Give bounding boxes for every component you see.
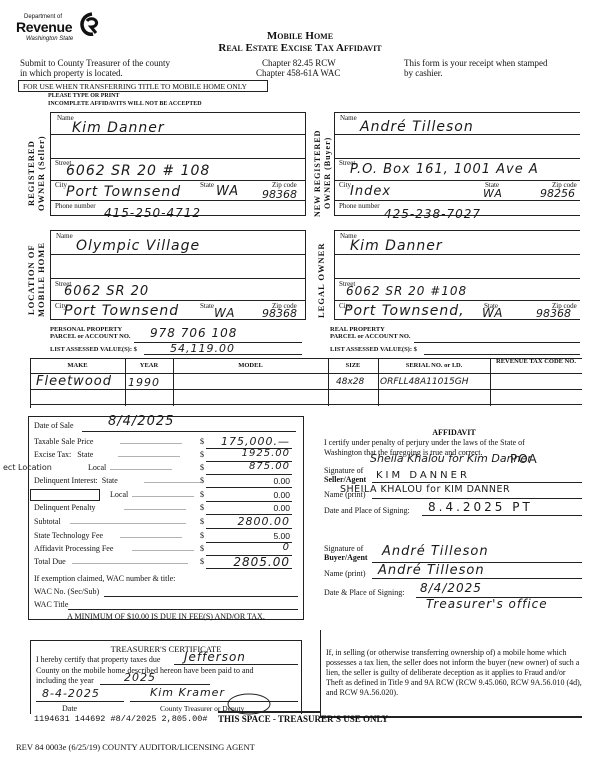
- treasurer-county-field[interactable]: Jefferson: [184, 650, 246, 664]
- treasurer-year-field[interactable]: 2025: [124, 671, 156, 684]
- personal-assessed-label: LIST ASSESSED VALUE(S): $: [50, 346, 137, 353]
- buyer-name-field[interactable]: André Tilleson: [360, 119, 474, 135]
- personal-assessed-field[interactable]: 54,119.00: [170, 342, 235, 355]
- buyer-street-field[interactable]: P.O. Box 161, 1001 Ave A: [350, 162, 539, 177]
- legal-owner-street-field[interactable]: 6062 SR 20 #108: [346, 284, 467, 298]
- treasurer-date-field[interactable]: 8-4-2025: [42, 687, 100, 700]
- seller-signature-sub: KIM DANNER: [376, 470, 470, 481]
- seller-city-field[interactable]: Port Townsend: [66, 184, 181, 200]
- header-serial: SERIAL NO. or I.D.: [378, 362, 490, 369]
- seller-section-label: REGISTEREDOWNER (Seller): [26, 118, 46, 228]
- seller-date-place-field[interactable]: 8.4.2025 PT: [428, 500, 533, 514]
- header-revenue-tax-code: REVENUE TAX CODE NO.: [494, 358, 578, 365]
- seller-street-field[interactable]: 6062 SR 20 # 108: [66, 163, 210, 179]
- title-transfer-notice: FOR USE WHEN TRANSFERRING TITLE TO MOBIL…: [23, 82, 247, 91]
- buyer-city-field[interactable]: Index: [350, 184, 391, 199]
- buyer-name-print-field[interactable]: André Tilleson: [378, 563, 485, 578]
- buyer-signature-label: Signature ofBuyer/Agent: [324, 544, 368, 562]
- seller-name-field[interactable]: Kim Danner: [72, 120, 165, 136]
- affidavit-fee-field[interactable]: 0: [283, 542, 290, 553]
- real-property-parcel-field[interactable]: [414, 342, 580, 343]
- wac-title-field[interactable]: [68, 609, 298, 610]
- location-section-label: LOCATION OFMOBILE HOME: [26, 230, 46, 330]
- wac-no-label: WAC No. (Sec/Sub): [34, 587, 99, 596]
- treasurer-cert-title: TREASURER'S CERTIFICATE: [30, 644, 302, 654]
- treasurer-date-label: Date: [62, 704, 77, 713]
- subtotal-field[interactable]: 2800.00: [238, 515, 291, 528]
- exemption-label: If exemption claimed, WAC number & title…: [34, 574, 175, 583]
- personal-property-parcel-field[interactable]: 978 706 108: [150, 326, 237, 340]
- buyer-section-label: NEW REGISTEREDOWNER (Buyer): [313, 118, 333, 228]
- tax-lien-notice: If, in selling (or otherwise transferrin…: [326, 648, 582, 698]
- seller-zip-field[interactable]: 98368: [262, 188, 297, 201]
- legal-owner-zip-field[interactable]: 98368: [536, 307, 571, 320]
- chapter-rcw: Chapter 82.45 RCW: [262, 58, 336, 68]
- seller-signature-field[interactable]: Sheila Khalou for Kim Danner: [370, 452, 532, 465]
- seller-phone-field[interactable]: 415-250-4712: [104, 206, 201, 220]
- legal-owner-state-field[interactable]: WA: [482, 306, 503, 320]
- table-cell-size[interactable]: 48x28: [336, 377, 364, 387]
- treasurer-line3: including the year: [36, 676, 94, 685]
- buyer-date-place-label: Date & Place of Signing:: [324, 588, 404, 597]
- affidavit-title: AFFIDAVIT: [324, 428, 584, 437]
- location-street-field[interactable]: 6062 SR 20: [64, 284, 149, 299]
- wac-title-label: WAC Title: [34, 600, 68, 609]
- personal-property-label-1: PERSONAL PROPERTY: [50, 326, 122, 333]
- table-cell-make[interactable]: Fleetwood: [36, 374, 112, 389]
- taxable-sale-price-field[interactable]: 175,000.—: [221, 435, 290, 448]
- state-tech-fee-field[interactable]: 5.00: [273, 531, 290, 541]
- delinquent-penalty-field[interactable]: 0.00: [273, 503, 290, 513]
- seller-state-field[interactable]: WA: [216, 184, 239, 199]
- buyer-phone-label: Phone number: [339, 202, 380, 210]
- table-cell-year[interactable]: 1990: [128, 376, 160, 389]
- location-zip-field[interactable]: 98368: [262, 307, 297, 320]
- legal-owner-name-field[interactable]: Kim Danner: [350, 238, 443, 254]
- excise-state-field[interactable]: 1925.00: [242, 448, 290, 459]
- delinquent-interest-state-row: Delinquent Interest: State .............…: [34, 476, 300, 489]
- seller-state-label: State: [200, 181, 214, 189]
- buyer-state-field[interactable]: WA: [483, 187, 503, 200]
- treasurer-signature-field[interactable]: Kim Kramer: [150, 686, 225, 699]
- delinquent-interest-state-field[interactable]: 0.00: [273, 476, 290, 486]
- seller-signature-label: Signature ofSeller/Agent: [324, 466, 366, 484]
- form-title-line2: Real Estate Excise Tax Affidavit: [0, 42, 600, 54]
- table-cell-serial[interactable]: ORFLL48A11015GH: [380, 377, 469, 387]
- real-assessed-label: LIST ASSESSED VALUE(S): $: [330, 346, 417, 353]
- location-state-field[interactable]: WA: [214, 306, 235, 320]
- buyer-place-field[interactable]: Treasurer's office: [426, 597, 548, 611]
- header-year: YEAR: [125, 362, 173, 369]
- minimum-fee-notice: A MINIMUM OF $10.00 IS DUE IN FEE(S) AND…: [28, 612, 304, 621]
- personal-property-label-2: PARCEL or ACCOUNT NO.: [50, 333, 131, 340]
- real-property-label-1: REAL PROPERTY: [330, 326, 385, 333]
- buyer-name-print-label: Name (print): [324, 569, 366, 578]
- type-or-print-note: PLEASE TYPE OR PRINT: [48, 93, 119, 99]
- seller-date-place-label: Date and Place of Signing:: [324, 506, 410, 515]
- location-city-field[interactable]: Port Townsend: [64, 303, 179, 319]
- buyer-zip-field[interactable]: 98256: [540, 187, 575, 200]
- delinquent-interest-local-row: Local ............................... $ …: [34, 490, 300, 503]
- excise-local-row: Local ............................... $ …: [34, 463, 300, 476]
- header-size: SIZE: [328, 362, 378, 369]
- date-of-sale-field[interactable]: 8/4/2025: [108, 414, 174, 429]
- delinquent-interest-local-field[interactable]: 0.00: [273, 490, 290, 500]
- treasurer-line1: I hereby certify that property taxes due: [36, 655, 160, 664]
- location-name-field[interactable]: Olympic Village: [76, 238, 200, 254]
- excise-local-field[interactable]: 875.00: [249, 461, 290, 472]
- seller-name-print-field[interactable]: SHEILA KHALOU for KIM DANNER: [340, 484, 510, 495]
- cashier-receipt-stamp: 1194631 144692 #8/4/2025 2,805.00#: [34, 714, 207, 724]
- affidavit-certify-line1: I certify under penalty of perjury under…: [324, 438, 525, 447]
- receipt-notice-2: by cashier.: [404, 68, 443, 78]
- total-due-row: Total Due ..............................…: [34, 557, 300, 570]
- location-state-label: State: [200, 302, 214, 310]
- legal-owner-section-label: LEGAL OWNER: [316, 235, 326, 325]
- subtotal-row: Subtotal ...............................…: [34, 517, 300, 530]
- receipt-notice-1: This form is your receipt when stamped: [404, 58, 547, 68]
- form-title-line1: Mobile Home: [0, 30, 600, 42]
- buyer-phone-field[interactable]: 425-238-7027: [384, 207, 481, 221]
- buyer-date-field[interactable]: 8/4/2025: [420, 581, 482, 595]
- wac-no-field[interactable]: [104, 596, 298, 597]
- total-due-field[interactable]: 2805.00: [233, 555, 290, 569]
- legal-owner-city-field[interactable]: Port Townsend,: [344, 303, 465, 319]
- real-assessed-field[interactable]: [424, 354, 580, 355]
- header-model: MODEL: [173, 362, 328, 369]
- location-name-label: Name: [56, 232, 73, 240]
- form-revision-footer: REV 84 0003e (6/25/19) COUNTY AUDITOR/LI…: [16, 742, 255, 752]
- chapter-wac: Chapter 458-61A WAC: [256, 68, 340, 78]
- state-tech-fee-row: State Technology Fee ...................…: [34, 531, 300, 544]
- real-property-label-2: PARCEL or ACCOUNT NO.: [330, 333, 411, 340]
- buyer-signature-field[interactable]: André Tilleson: [382, 544, 489, 559]
- submit-instruction-1: Submit to County Treasurer of the county: [20, 58, 170, 68]
- date-of-sale-label: Date of Sale: [34, 421, 74, 430]
- title-transfer-notice-box: FOR USE WHEN TRANSFERRING TITLE TO MOBIL…: [18, 80, 268, 92]
- incomplete-note: INCOMPLETE AFFIDAVITS WILL NOT BE ACCEPT…: [48, 101, 202, 107]
- submit-instruction-2: in which property is located.: [20, 68, 123, 78]
- seller-signature-poa: POA: [510, 452, 538, 466]
- treasurer-use-only-label: THIS SPACE - TREASURER'S USE ONLY: [218, 714, 388, 724]
- seller-phone-label: Phone number: [55, 202, 96, 210]
- buyer-name-label: Name: [340, 114, 357, 122]
- header-make: MAKE: [30, 362, 125, 369]
